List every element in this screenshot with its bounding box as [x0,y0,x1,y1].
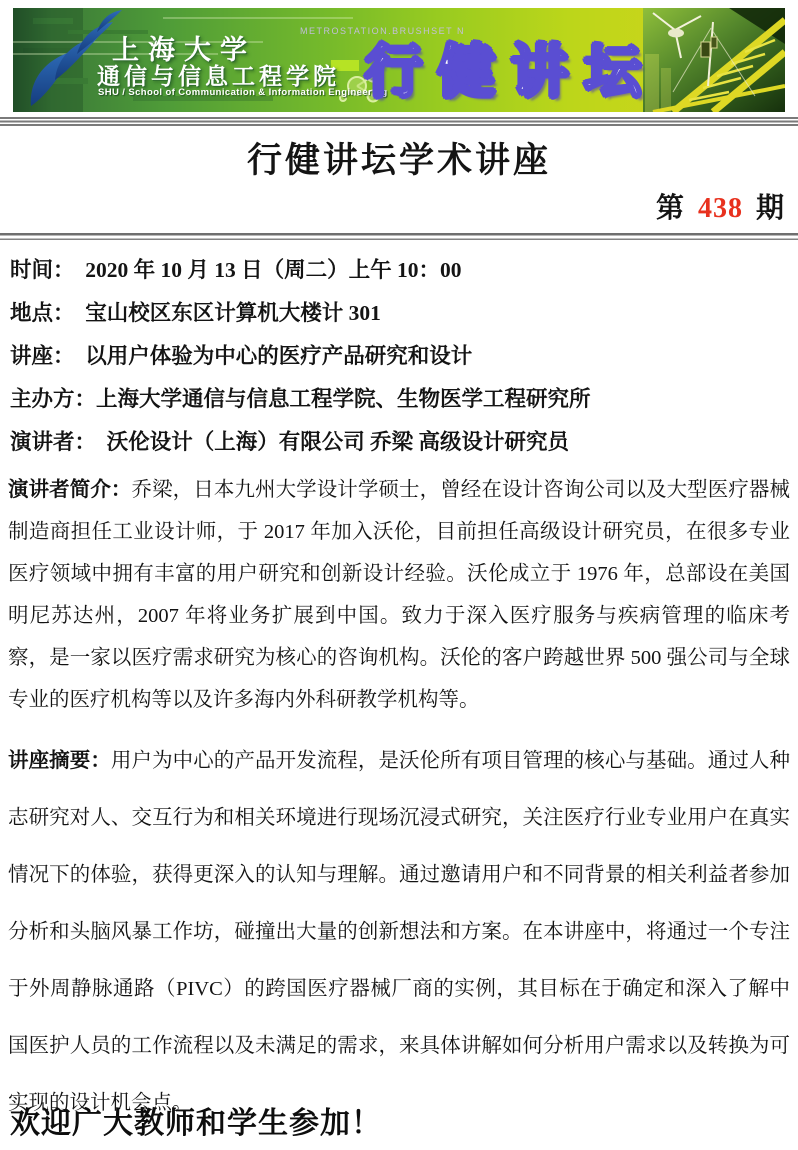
info-label-location: 地点： [10,301,75,325]
info-row-time: 时间： 2020 年 10 月 13 日（周二）上午 10：00 [10,249,788,292]
announcement-page: METROSTATION.BRUSHSET N 上海大学 通信与信息工程学院 S… [0,0,798,1150]
info-row-organizer: 主办方：上海大学通信与信息工程学院、生物医学工程研究所 [10,378,788,421]
info-row-lecture: 讲座： 以用户体验为中心的医疗产品研究和设计 [10,335,788,378]
tower-photo [643,8,785,112]
info-label-speaker: 演讲者： [10,430,96,454]
info-row-location: 地点： 宝山校区东区计算机大楼计 301 [10,292,788,335]
info-value-organizer: 上海大学通信与信息工程学院、生物医学工程研究所 [96,387,591,411]
issue-suffix: 期 [756,193,785,224]
info-value-time: 2020 年 10 月 13 日（周二）上午 10：00 [64,258,462,282]
abstract-label: 讲座摘要： [8,750,111,772]
info-value-speaker: 沃伦设计（上海）有限公司 乔梁 高级设计研究员 [96,430,569,454]
info-row-speaker: 演讲者： 沃伦设计（上海）有限公司 乔梁 高级设计研究员 [10,421,788,464]
speaker-bio-paragraph: 演讲者简介：乔梁，日本九州大学设计学硕士，曾经在设计咨询公司以及大型医疗器械制造… [8,469,790,721]
info-value-lecture: 以用户体验为中心的医疗产品研究和设计 [64,344,473,368]
info-label-organizer: 主办方： [10,387,96,411]
speaker-bio-text: 乔梁，日本九州大学设计学硕士，曾经在设计咨询公司以及大型医疗器械制造商担任工业设… [8,479,790,711]
school-name-english: SHU / School of Communication & Informat… [98,87,388,98]
welcome-message: 欢迎广大教师和学生参加！ [10,1098,382,1142]
abstract-paragraph: 讲座摘要：用户为中心的产品开发流程，是沃伦所有项目管理的核心与基础。通过人种志研… [8,733,790,1132]
page-title: 行健讲坛学术讲座 [0,133,798,183]
info-label-lecture: 讲座： [10,344,64,368]
lecture-info-list: 时间： 2020 年 10 月 13 日（周二）上午 10：00 地点： 宝山校… [10,249,788,464]
banner: METROSTATION.BRUSHSET N 上海大学 通信与信息工程学院 S… [13,8,785,112]
info-value-location: 宝山校区东区计算机大楼计 301 [75,301,381,325]
issue-number: 438 [698,193,743,224]
divider-triple-line [0,117,798,126]
speaker-bio-label: 演讲者简介： [8,479,132,501]
issue-prefix: 第 [656,193,685,224]
issue-line: 第438期 [0,186,785,226]
forum-name: 行健讲坛 [365,26,657,108]
abstract-text: 用户为中心的产品开发流程，是沃伦所有项目管理的核心与基础。通过人种志研究对人、交… [8,750,790,1114]
divider-double-line [0,233,798,240]
info-label-time: 时间： [10,258,64,282]
